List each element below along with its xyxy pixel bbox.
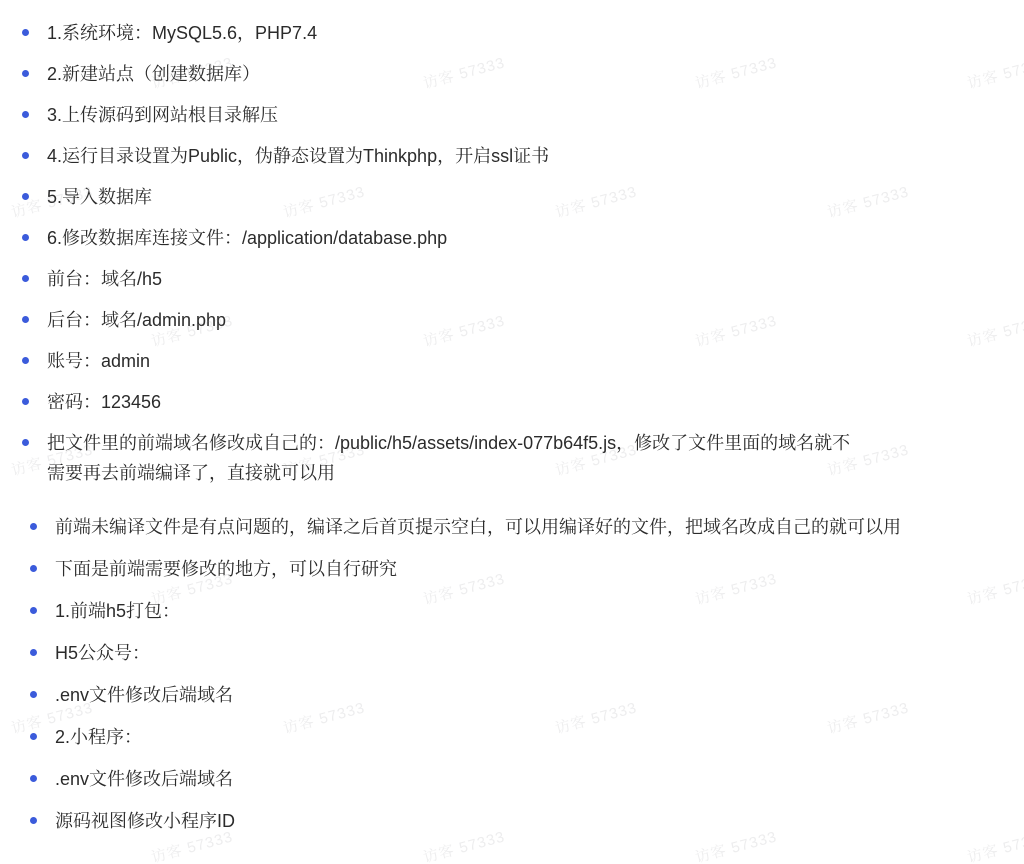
list-item-text: H5公众号： — [55, 643, 150, 663]
list-item: 账号：admin — [22, 346, 1008, 376]
bullet-icon — [22, 275, 29, 282]
list-item: 3.上传源码到网站根目录解压 — [22, 100, 1008, 130]
list-item-text: 1.前端h5打包： — [55, 601, 180, 621]
bullet-icon — [30, 607, 37, 614]
bullet-icon — [22, 70, 29, 77]
bullet-icon — [22, 111, 29, 118]
bullet-icon — [30, 565, 37, 572]
list-item: 后台：域名/admin.php — [22, 305, 1008, 335]
list-item-text: 把文件里的前端域名修改成自己的：/public/h5/assets/index-… — [47, 433, 850, 483]
list-item: 6.修改数据库连接文件：/application/database.php — [22, 223, 1008, 253]
list-item-text: 2.新建站点（创建数据库） — [47, 64, 260, 84]
bullet-icon — [30, 691, 37, 698]
list-item: H5公众号： — [30, 638, 1008, 668]
setup-notes-list: 1.系统环境：MySQL5.6，PHP7.4 2.新建站点（创建数据库） 3.上… — [22, 18, 1008, 488]
bullet-icon — [22, 439, 29, 446]
list-item: 前端未编译文件是有点问题的，编译之后首页提示空白，可以用编译好的文件，把域名改成… — [30, 512, 1008, 542]
bullet-icon — [30, 817, 37, 824]
bullet-icon — [22, 398, 29, 405]
bullet-icon — [30, 523, 37, 530]
list-item: 4.运行目录设置为Public，伪静态设置为Thinkphp，开启ssl证书 — [22, 141, 1008, 171]
list-item: 下面是前端需要修改的地方，可以自行研究 — [30, 554, 1008, 584]
list-item-text: 账号：admin — [47, 351, 150, 371]
list-item-text: 4.运行目录设置为Public，伪静态设置为Thinkphp，开启ssl证书 — [47, 146, 549, 166]
list-item-text: .env文件修改后端域名 — [55, 685, 233, 705]
frontend-notes-list: 前端未编译文件是有点问题的，编译之后首页提示空白，可以用编译好的文件，把域名改成… — [30, 512, 1008, 836]
bullet-icon — [22, 29, 29, 36]
list-item: 源码视图修改小程序ID — [30, 806, 1008, 836]
list-item: 把文件里的前端域名修改成自己的：/public/h5/assets/index-… — [22, 428, 867, 488]
list-item: 2.新建站点（创建数据库） — [22, 59, 1008, 89]
list-item-text: 前端未编译文件是有点问题的，编译之后首页提示空白，可以用编译好的文件，把域名改成… — [55, 517, 901, 537]
list-item: 前台：域名/h5 — [22, 264, 1008, 294]
document-body: 1.系统环境：MySQL5.6，PHP7.4 2.新建站点（创建数据库） 3.上… — [0, 0, 1024, 836]
list-item-text: 1.系统环境：MySQL5.6，PHP7.4 — [47, 23, 317, 43]
list-item: 2.小程序： — [30, 722, 1008, 752]
bullet-icon — [22, 316, 29, 323]
bullet-icon — [30, 775, 37, 782]
list-item-text: 后台：域名/admin.php — [47, 310, 226, 330]
list-item-text: 5.导入数据库 — [47, 187, 152, 207]
list-item: 1.前端h5打包： — [30, 596, 1008, 626]
bullet-icon — [22, 193, 29, 200]
list-item: .env文件修改后端域名 — [30, 680, 1008, 710]
list-item-text: .env文件修改后端域名 — [55, 769, 233, 789]
bullet-icon — [22, 357, 29, 364]
list-item-text: 6.修改数据库连接文件：/application/database.php — [47, 228, 447, 248]
list-item: 1.系统环境：MySQL5.6，PHP7.4 — [22, 18, 1008, 48]
list-item-text: 下面是前端需要修改的地方，可以自行研究 — [55, 559, 397, 579]
list-item-text: 源码视图修改小程序ID — [55, 811, 235, 831]
document-page: 1.系统环境：MySQL5.6，PHP7.4 2.新建站点（创建数据库） 3.上… — [0, 0, 1024, 864]
bullet-icon — [30, 649, 37, 656]
list-item: .env文件修改后端域名 — [30, 764, 1008, 794]
list-item-text: 前台：域名/h5 — [47, 269, 162, 289]
bullet-icon — [22, 152, 29, 159]
list-item-text: 密码：123456 — [47, 392, 161, 412]
bullet-icon — [30, 733, 37, 740]
list-item-text: 3.上传源码到网站根目录解压 — [47, 105, 278, 125]
bullet-icon — [22, 234, 29, 241]
list-item: 5.导入数据库 — [22, 182, 1008, 212]
list-item: 密码：123456 — [22, 387, 1008, 417]
list-item-text: 2.小程序： — [55, 727, 142, 747]
